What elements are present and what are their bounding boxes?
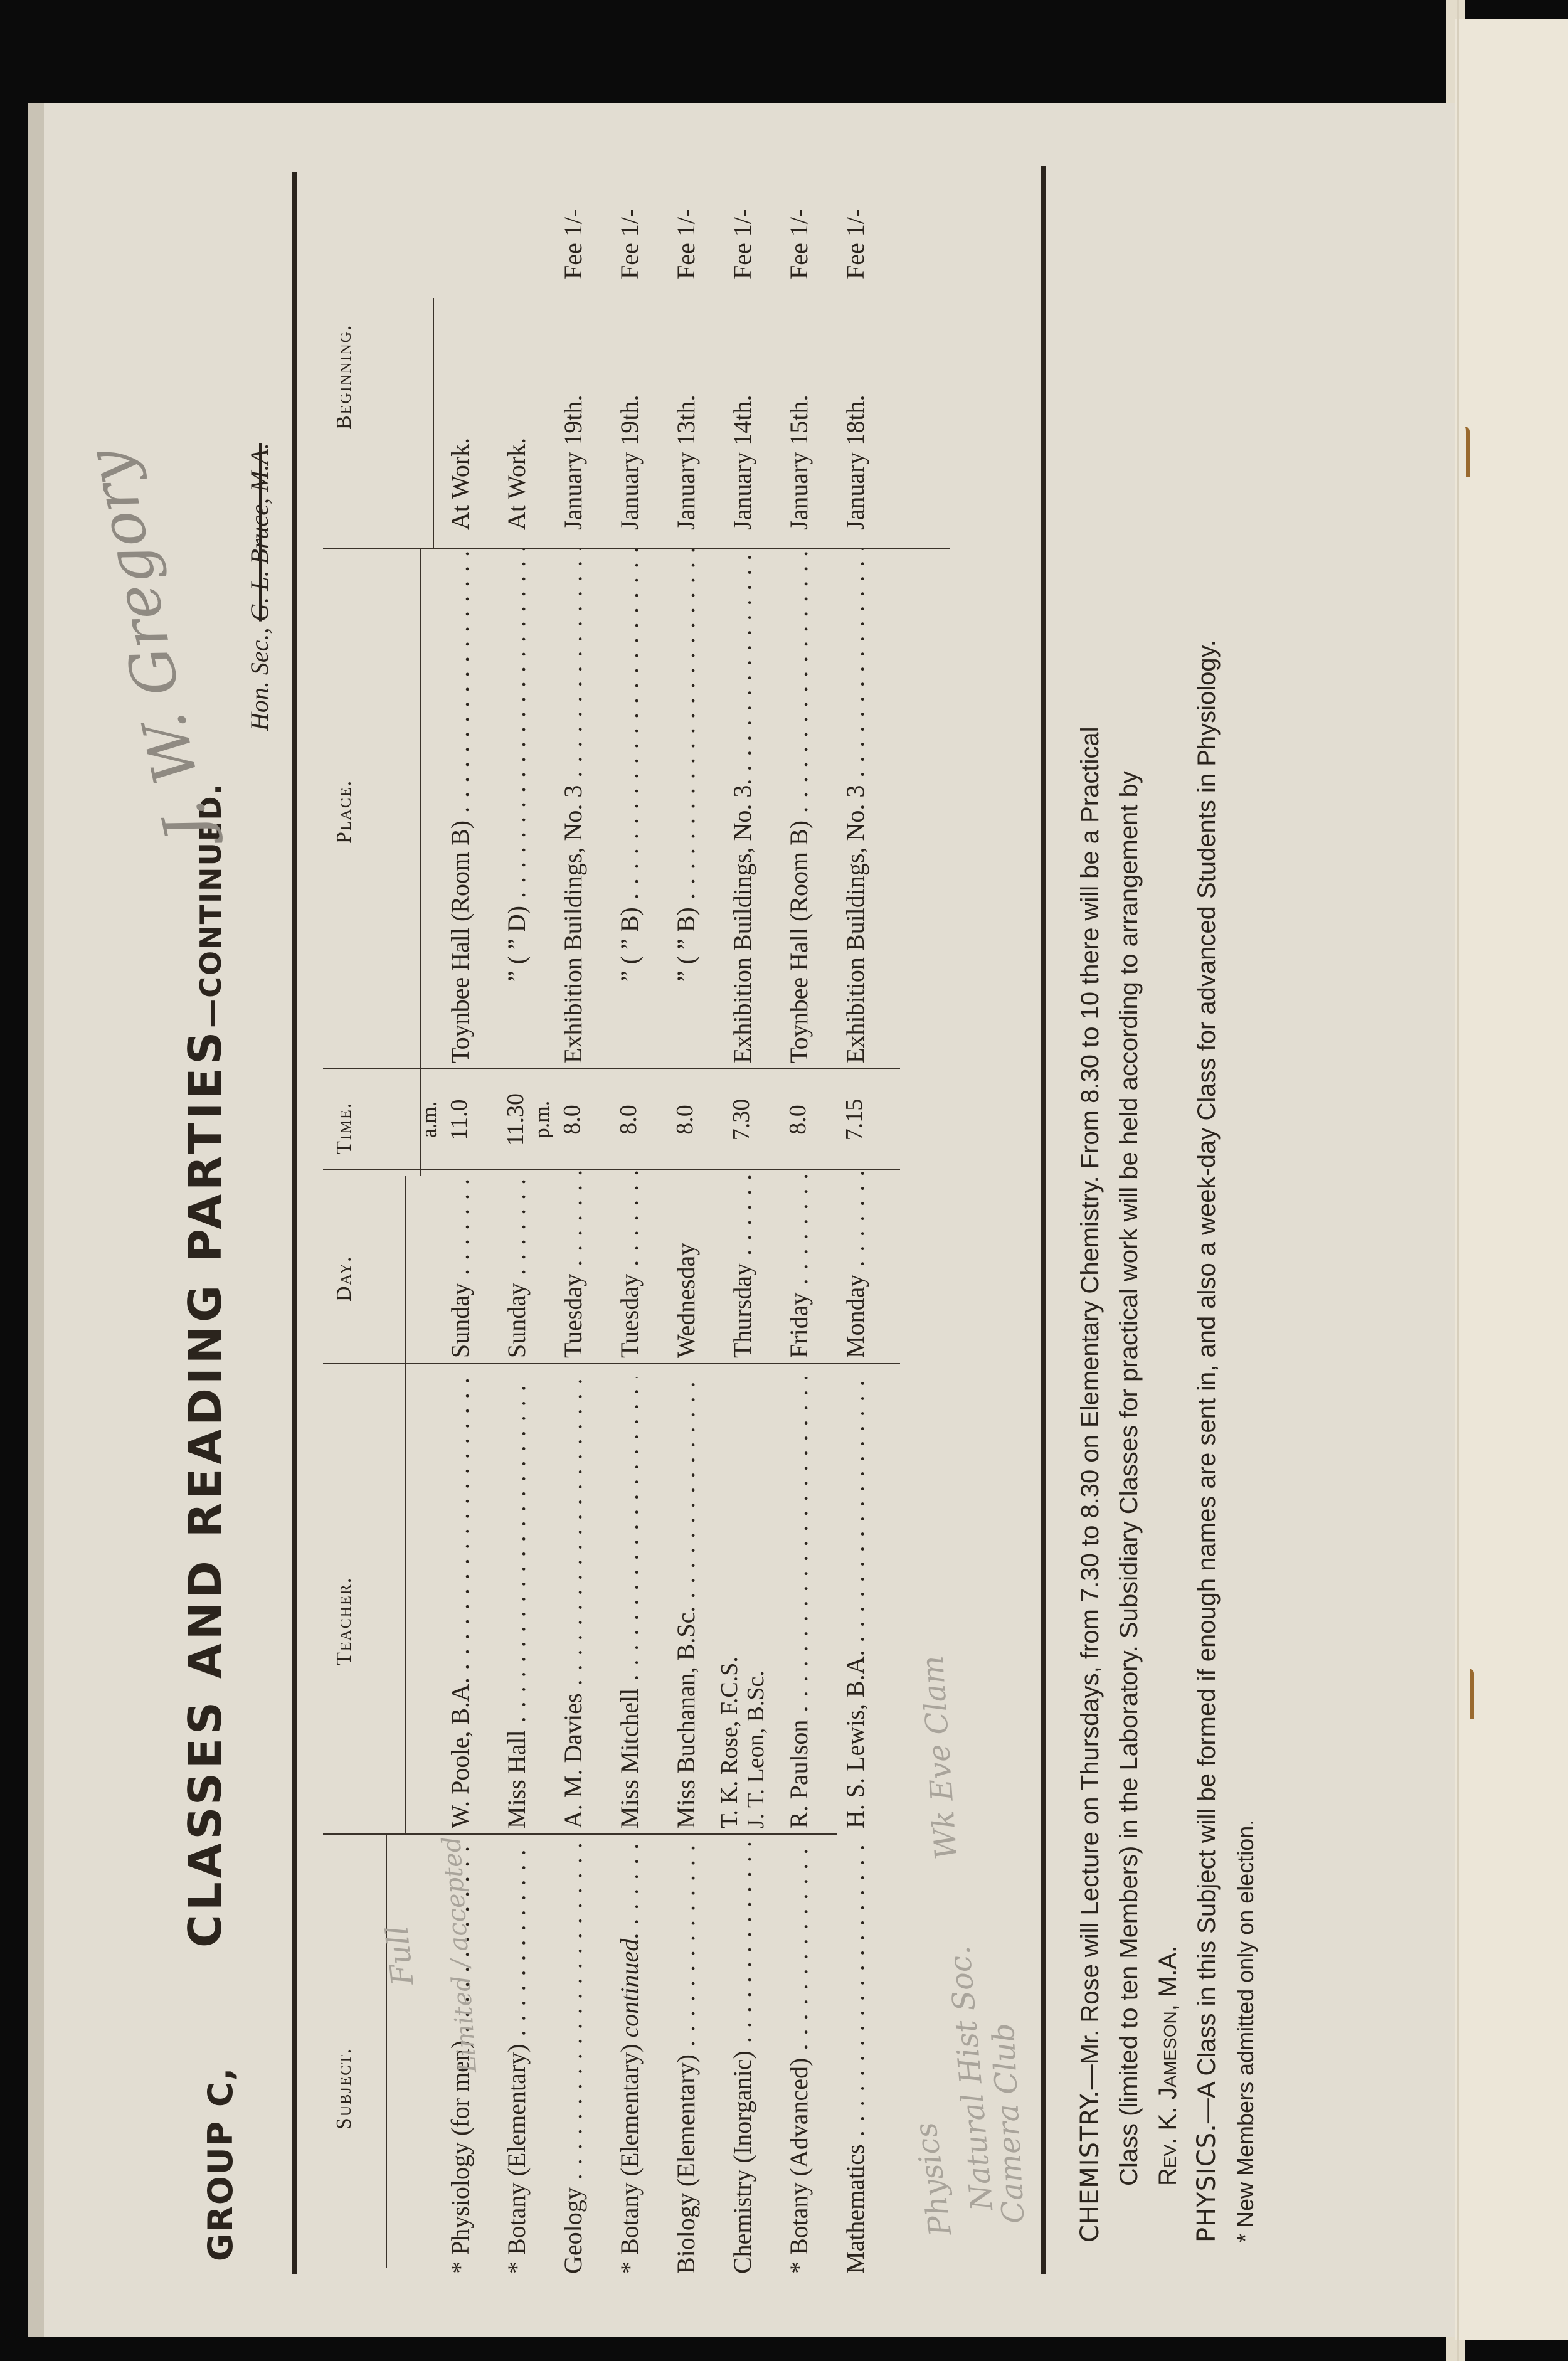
pencil-annotation: Physics: [908, 2120, 959, 2238]
member-marker: *: [785, 2261, 813, 2274]
table-row: * Botany (Elementary) Miss Hall Sunday 1…: [502, 103, 558, 2337]
member-marker: *: [502, 2261, 531, 2274]
place-cell: Toynbee Hall (Room B): [445, 549, 475, 1063]
teacher-cell: Miss Hall: [502, 1377, 531, 1828]
title-main: CLASSES AND READING PARTIES: [179, 1028, 231, 1948]
time-value: 11.0: [446, 1099, 472, 1140]
table-row: Biology (Elementary) Miss Buchanan, B.Sc…: [671, 103, 728, 2337]
place-cell: Toynbee Hall (Room B): [784, 549, 813, 1063]
group-label: GROUP C,: [201, 2067, 240, 2261]
fee-cell: Fee 1/-: [728, 166, 757, 279]
table-bottom-rule: [1041, 166, 1046, 2274]
day-cell: Wednesday: [671, 1170, 701, 1358]
col-head-time: Time.: [332, 1102, 356, 1154]
beginning-cell: At Work.: [502, 304, 531, 530]
footnote: * New Members admitted only on election.: [1228, 204, 1263, 2242]
place-cell: Exhibition Buildings, No. 3: [840, 549, 870, 1063]
day-cell: Sunday: [445, 1170, 475, 1358]
day-cell: Sunday: [502, 1170, 531, 1358]
subject-name: Botany (Elementary): [615, 2044, 644, 2255]
time-cell: 7.15: [840, 1076, 868, 1164]
time-period: p.m.: [531, 1076, 554, 1164]
day-cell: Tuesday: [615, 1170, 644, 1358]
subject-name: Chemistry (Inorganic): [728, 2051, 756, 2274]
subject-cell: Chemistry (Inorganic): [728, 1841, 757, 2274]
table-row: Geology A. M. Davies Tuesday p.m.8.0 Exh…: [558, 103, 615, 2337]
time-value: 8.0: [559, 1105, 585, 1135]
subject-name: Geology: [559, 2187, 587, 2274]
time-cell: 8.0: [671, 1076, 699, 1164]
subject-cell: Geology: [558, 1841, 588, 2274]
chemistry-line: Class (limited to ten Members) in the La…: [1111, 204, 1147, 2242]
notes-section: CHEMISTRY.—Mr. Rose will Lecture on Thur…: [1073, 204, 1267, 2242]
table-top-rule: [292, 172, 297, 2274]
header-rule: [405, 1176, 406, 1835]
time-cell: 8.0: [784, 1076, 812, 1164]
subject-name: Botany (Advanced): [785, 2058, 813, 2255]
teacher-cell: H. S. Lewis, B.A.: [840, 1377, 870, 1828]
teacher-cell: T. K. Rose, F.C.S. J. T. Leon, B.Sc.: [716, 1657, 769, 1828]
chemistry-note: CHEMISTRY.—Mr. Rose will Lecture on Thur…: [1073, 204, 1108, 2242]
teacher-name-2: J. T. Leon, B.Sc.: [743, 1657, 769, 1828]
day-cell: Monday: [840, 1170, 870, 1358]
hon-sec-struck-name: G. L. Bruce, M.A.: [245, 443, 273, 621]
beginning-cell: At Work.: [445, 304, 475, 530]
fee-cell: Fee 1/-: [558, 166, 588, 279]
subject-note: continued.: [615, 1933, 644, 2038]
teacher-cell: A. M. Davies: [558, 1377, 588, 1828]
time-cell: 7.30: [728, 1076, 755, 1164]
teacher-name: T. K. Rose, F.C.S.: [716, 1657, 743, 1828]
table-row: Chemistry (Inorganic) T. K. Rose, F.C.S.…: [728, 103, 784, 2337]
physics-text: —A Class in this Subject will be formed …: [1193, 640, 1221, 2123]
teacher-cell: R. Paulson: [784, 1377, 813, 1828]
physics-keyword: PHYSICS.: [1192, 2123, 1221, 2242]
page-edge-shadow: [28, 103, 44, 2337]
beginning-cell: January 14th.: [728, 304, 757, 530]
physics-note: PHYSICS.—A Class in this Subject will be…: [1189, 204, 1224, 2242]
pencil-annotation: Wk Eve Clam: [915, 1655, 965, 1861]
subject-cell: * Botany (Advanced): [784, 1841, 813, 2274]
hon-sec-prefix: Hon. Sec.,: [245, 628, 273, 731]
beginning-cell: January 13th.: [671, 304, 701, 530]
day-cell: Thursday: [728, 1170, 757, 1358]
teacher-cell: W. Poole, B.A.: [445, 1377, 475, 1828]
subject-name: Botany (Elementary): [502, 2044, 531, 2255]
col-head-beginning: Beginning.: [332, 324, 356, 430]
fee-cell: Fee 1/-: [840, 166, 870, 279]
day-cell: Friday: [784, 1170, 813, 1358]
time-cell: 8.0: [615, 1076, 642, 1164]
member-marker: *: [615, 2261, 644, 2274]
page-title: CLASSES AND READING PARTIES—CONTINUED.: [179, 783, 231, 1948]
subject-cell: Biology (Elementary): [671, 1841, 701, 2274]
place-cell: ” ( ” B): [615, 549, 644, 1063]
col-head-place: Place.: [332, 780, 356, 844]
place-cell: ” ( ” D): [502, 549, 531, 1063]
col-head-teacher: Teacher.: [332, 1577, 356, 1665]
adjacent-page: [1455, 19, 1568, 2340]
beginning-cell: January 19th.: [615, 304, 644, 530]
chemistry-keyword: CHEMISTRY.: [1076, 2089, 1104, 2242]
teacher-cell: Miss Mitchell: [615, 1377, 644, 1828]
chemistry-line: —Mr. Rose will Lecture on Thursdays, fro…: [1076, 727, 1104, 2090]
fee-cell: Fee 1/-: [784, 166, 813, 279]
fee-cell: Fee 1/-: [615, 166, 644, 279]
beginning-cell: January 15th.: [784, 304, 813, 530]
time-cell: 11.30: [502, 1076, 529, 1164]
subject-name: Mathematics: [841, 2144, 869, 2274]
col-head-subject: Subject.: [332, 2047, 356, 2130]
header-rule: [433, 298, 434, 549]
subject-cell: * Botany (Elementary): [502, 1841, 531, 2274]
beginning-cell: January 18th.: [840, 304, 870, 530]
subject-cell: * Botany (Elementary) continued.: [615, 1841, 644, 2274]
fold-line: [1457, 0, 1459, 2361]
time-cell: a.m.11.0: [445, 1076, 473, 1164]
subject-cell: Mathematics: [840, 1841, 870, 2274]
col-head-day: Day.: [332, 1255, 356, 1302]
handwritten-signature: J. W. Gregory: [72, 443, 223, 847]
teacher-cell: Miss Buchanan, B.Sc.: [671, 1377, 701, 1828]
member-marker: *: [446, 2261, 474, 2274]
place-cell: Exhibition Buildings, No. 3.: [728, 549, 757, 1063]
table-row: Mathematics H. S. Lewis, B.A. Monday 7.1…: [840, 103, 897, 2337]
time-period: a.m.: [418, 1076, 442, 1164]
table-row: * Botany (Elementary) continued. Miss Mi…: [615, 103, 671, 2337]
pencil-annotation: Full: [379, 1924, 421, 1987]
table-row: * Botany (Advanced) R. Paulson Friday 8.…: [784, 103, 840, 2337]
place-cell: ” ( ” B): [671, 549, 701, 1063]
day-cell: Tuesday: [558, 1170, 588, 1358]
beginning-cell: January 19th.: [558, 304, 588, 530]
subject-name: Biology (Elementary): [672, 2054, 700, 2274]
time-cell: p.m.8.0: [558, 1076, 586, 1164]
header-rule: [386, 1835, 387, 2268]
rotated-content: GROUP C, CLASSES AND READING PARTIES—CON…: [44, 103, 1455, 2337]
chemistry-line: Rev. K. Jameson, M.A.: [1150, 204, 1185, 2242]
fee-cell: Fee 1/-: [671, 166, 701, 279]
document-page: GROUP C, CLASSES AND READING PARTIES—CON…: [44, 103, 1455, 2337]
place-cell: Exhibition Buildings, No. 3: [558, 549, 588, 1063]
hon-sec: Hon. Sec., G. L. Bruce, M.A.: [245, 443, 274, 731]
